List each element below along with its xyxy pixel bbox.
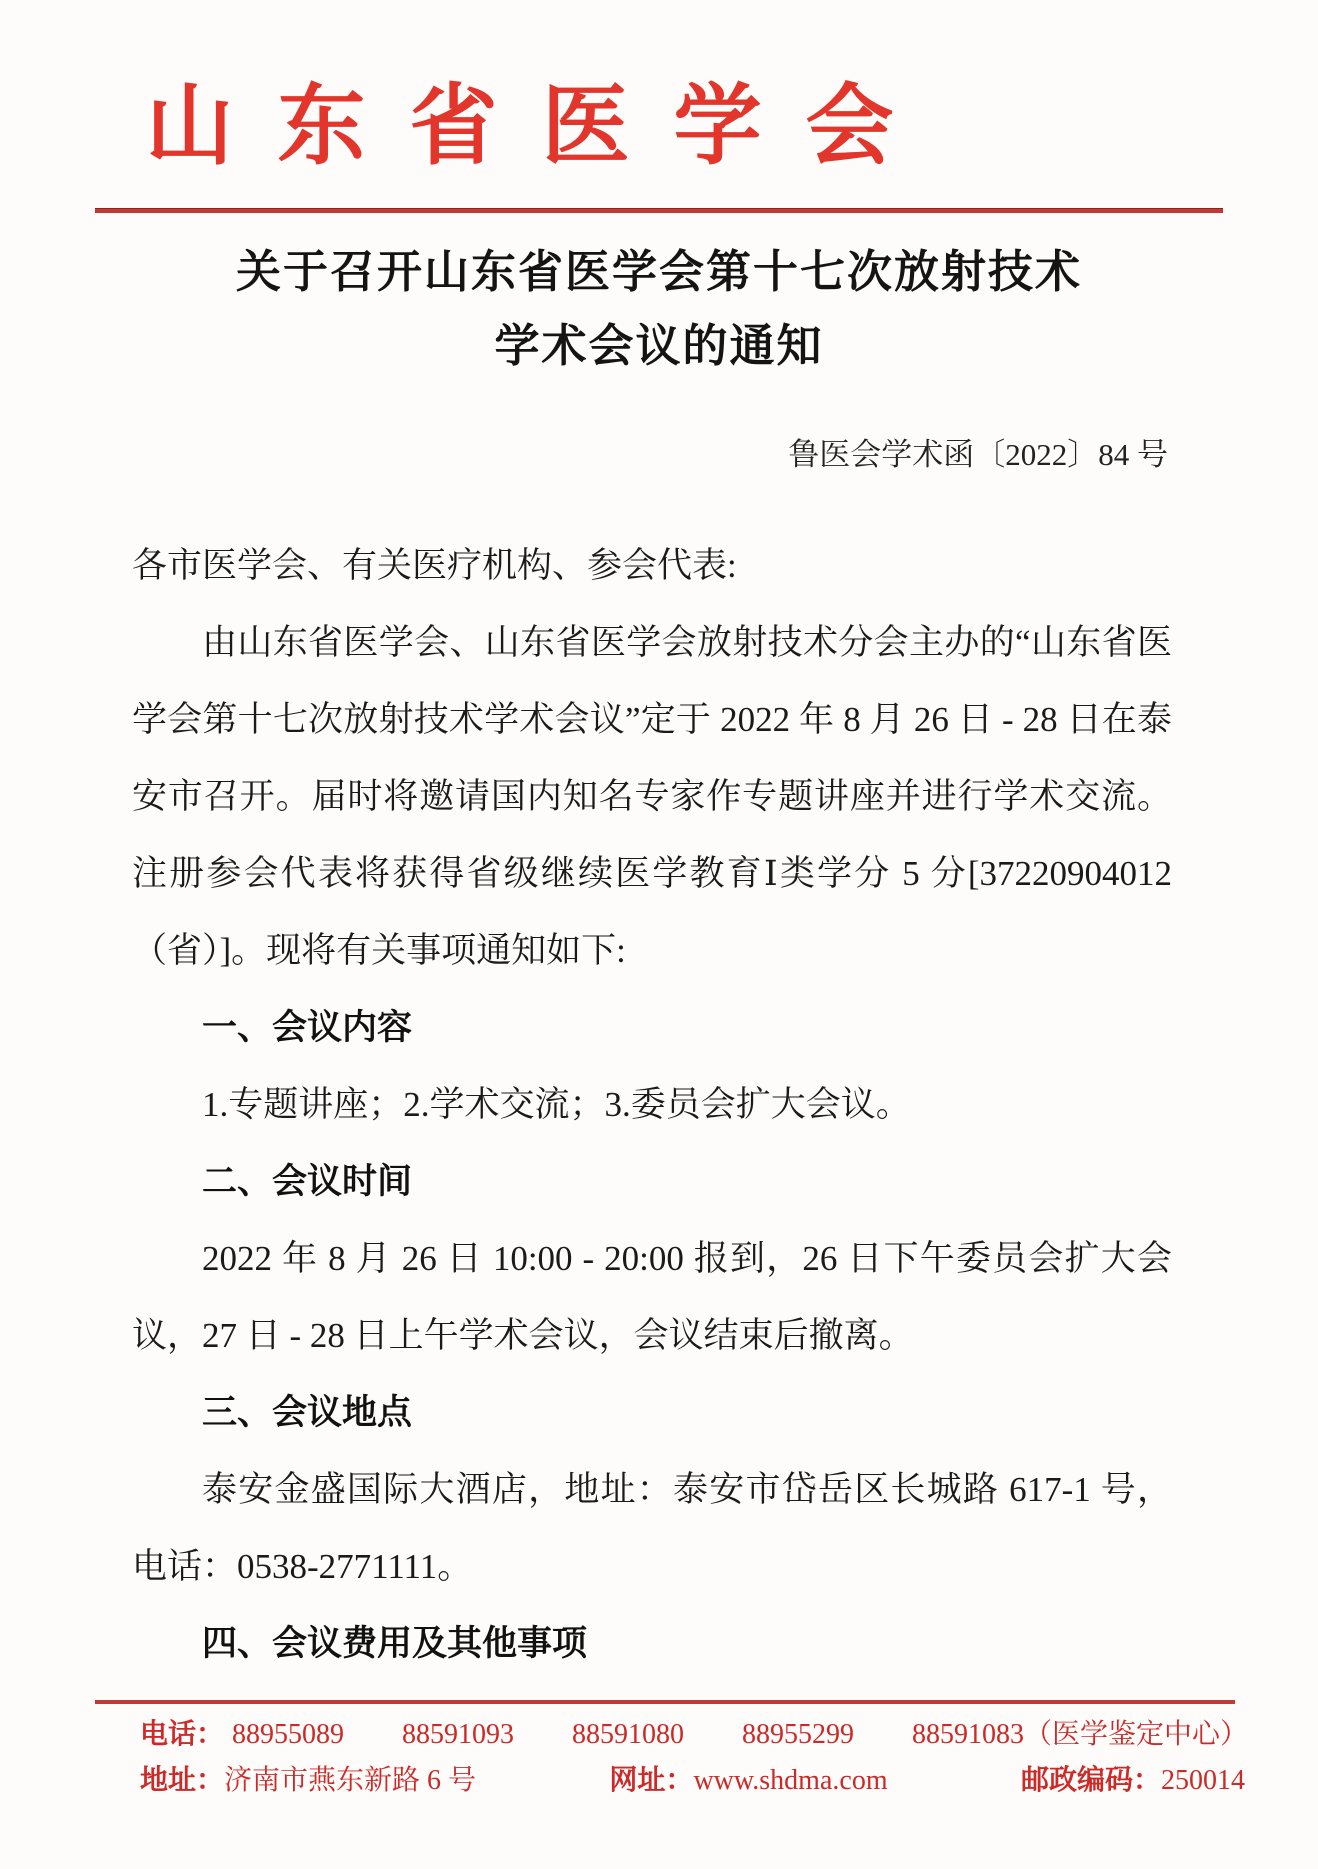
postal-label: 邮政编码： — [1021, 1765, 1161, 1796]
address-label: 地址： — [140, 1765, 224, 1796]
website-value: www.shdma.com — [693, 1765, 887, 1796]
phone-label: 电话： — [140, 1714, 224, 1756]
section-3-text: 泰安金盛国际大酒店，地址：泰安市岱岳区长城路 617-1 号，电话：0538-2… — [132, 1451, 1172, 1605]
footer-rule — [95, 1700, 1235, 1704]
document-title-line1: 关于召开山东省医学会第十七次放射技术 — [0, 235, 1318, 309]
postal-group: 邮政编码：250014 — [1021, 1760, 1245, 1802]
footer-address-row: 地址：济南市燕东新路 6 号 网址：www.shdma.com 邮政编码：250… — [140, 1760, 1245, 1802]
document-reference-number: 鲁医会学术函〔2022〕84 号 — [0, 435, 1318, 475]
address-value: 济南市燕东新路 6 号 — [224, 1765, 476, 1796]
website-group: 网址：www.shdma.com — [609, 1760, 887, 1802]
intro-paragraph: 由山东省医学会、山东省医学会放射技术分会主办的“山东省医学会第十七次放射技术学术… — [132, 604, 1172, 989]
phone-number: 88591083（医学鉴定中心） — [912, 1714, 1248, 1756]
document-body: 各市医学会、有关医疗机构、参会代表: 由山东省医学会、山东省医学会放射技术分会主… — [132, 527, 1172, 1682]
footer-phones-row: 电话： 88955089 88591093 88591080 88955299 … — [140, 1714, 1245, 1756]
website-label: 网址： — [609, 1765, 693, 1796]
phone-number: 88955299 — [742, 1714, 854, 1756]
section-2-heading: 二、会议时间 — [132, 1143, 1172, 1220]
header-rule — [95, 208, 1223, 213]
phone-number: 88591080 — [572, 1714, 684, 1756]
section-4-heading: 四、会议费用及其他事项 — [132, 1605, 1172, 1682]
document-title-line2: 学术会议的通知 — [0, 309, 1318, 383]
footer: 电话： 88955089 88591093 88591080 88955299 … — [140, 1714, 1245, 1802]
organization-name: 山东省医学会 — [0, 72, 1318, 184]
phone-number: 88591093 — [402, 1714, 514, 1756]
section-1-text: 1.专题讲座；2.学术交流；3.委员会扩大会议。 — [132, 1066, 1172, 1143]
section-3-heading: 三、会议地点 — [132, 1374, 1172, 1451]
salutation: 各市医学会、有关医疗机构、参会代表: — [132, 527, 1172, 604]
section-1-heading: 一、会议内容 — [132, 989, 1172, 1066]
section-2-text: 2022 年 8 月 26 日 10:00 - 20:00 报到，26 日下午委… — [132, 1220, 1172, 1374]
phone-number: 88955089 — [232, 1714, 344, 1756]
document-title: 关于召开山东省医学会第十七次放射技术 学术会议的通知 — [0, 235, 1318, 383]
postal-value: 250014 — [1161, 1765, 1245, 1796]
address-group: 地址：济南市燕东新路 6 号 — [140, 1760, 476, 1802]
document-page: 山东省医学会 关于召开山东省医学会第十七次放射技术 学术会议的通知 鲁医会学术函… — [0, 0, 1318, 1869]
